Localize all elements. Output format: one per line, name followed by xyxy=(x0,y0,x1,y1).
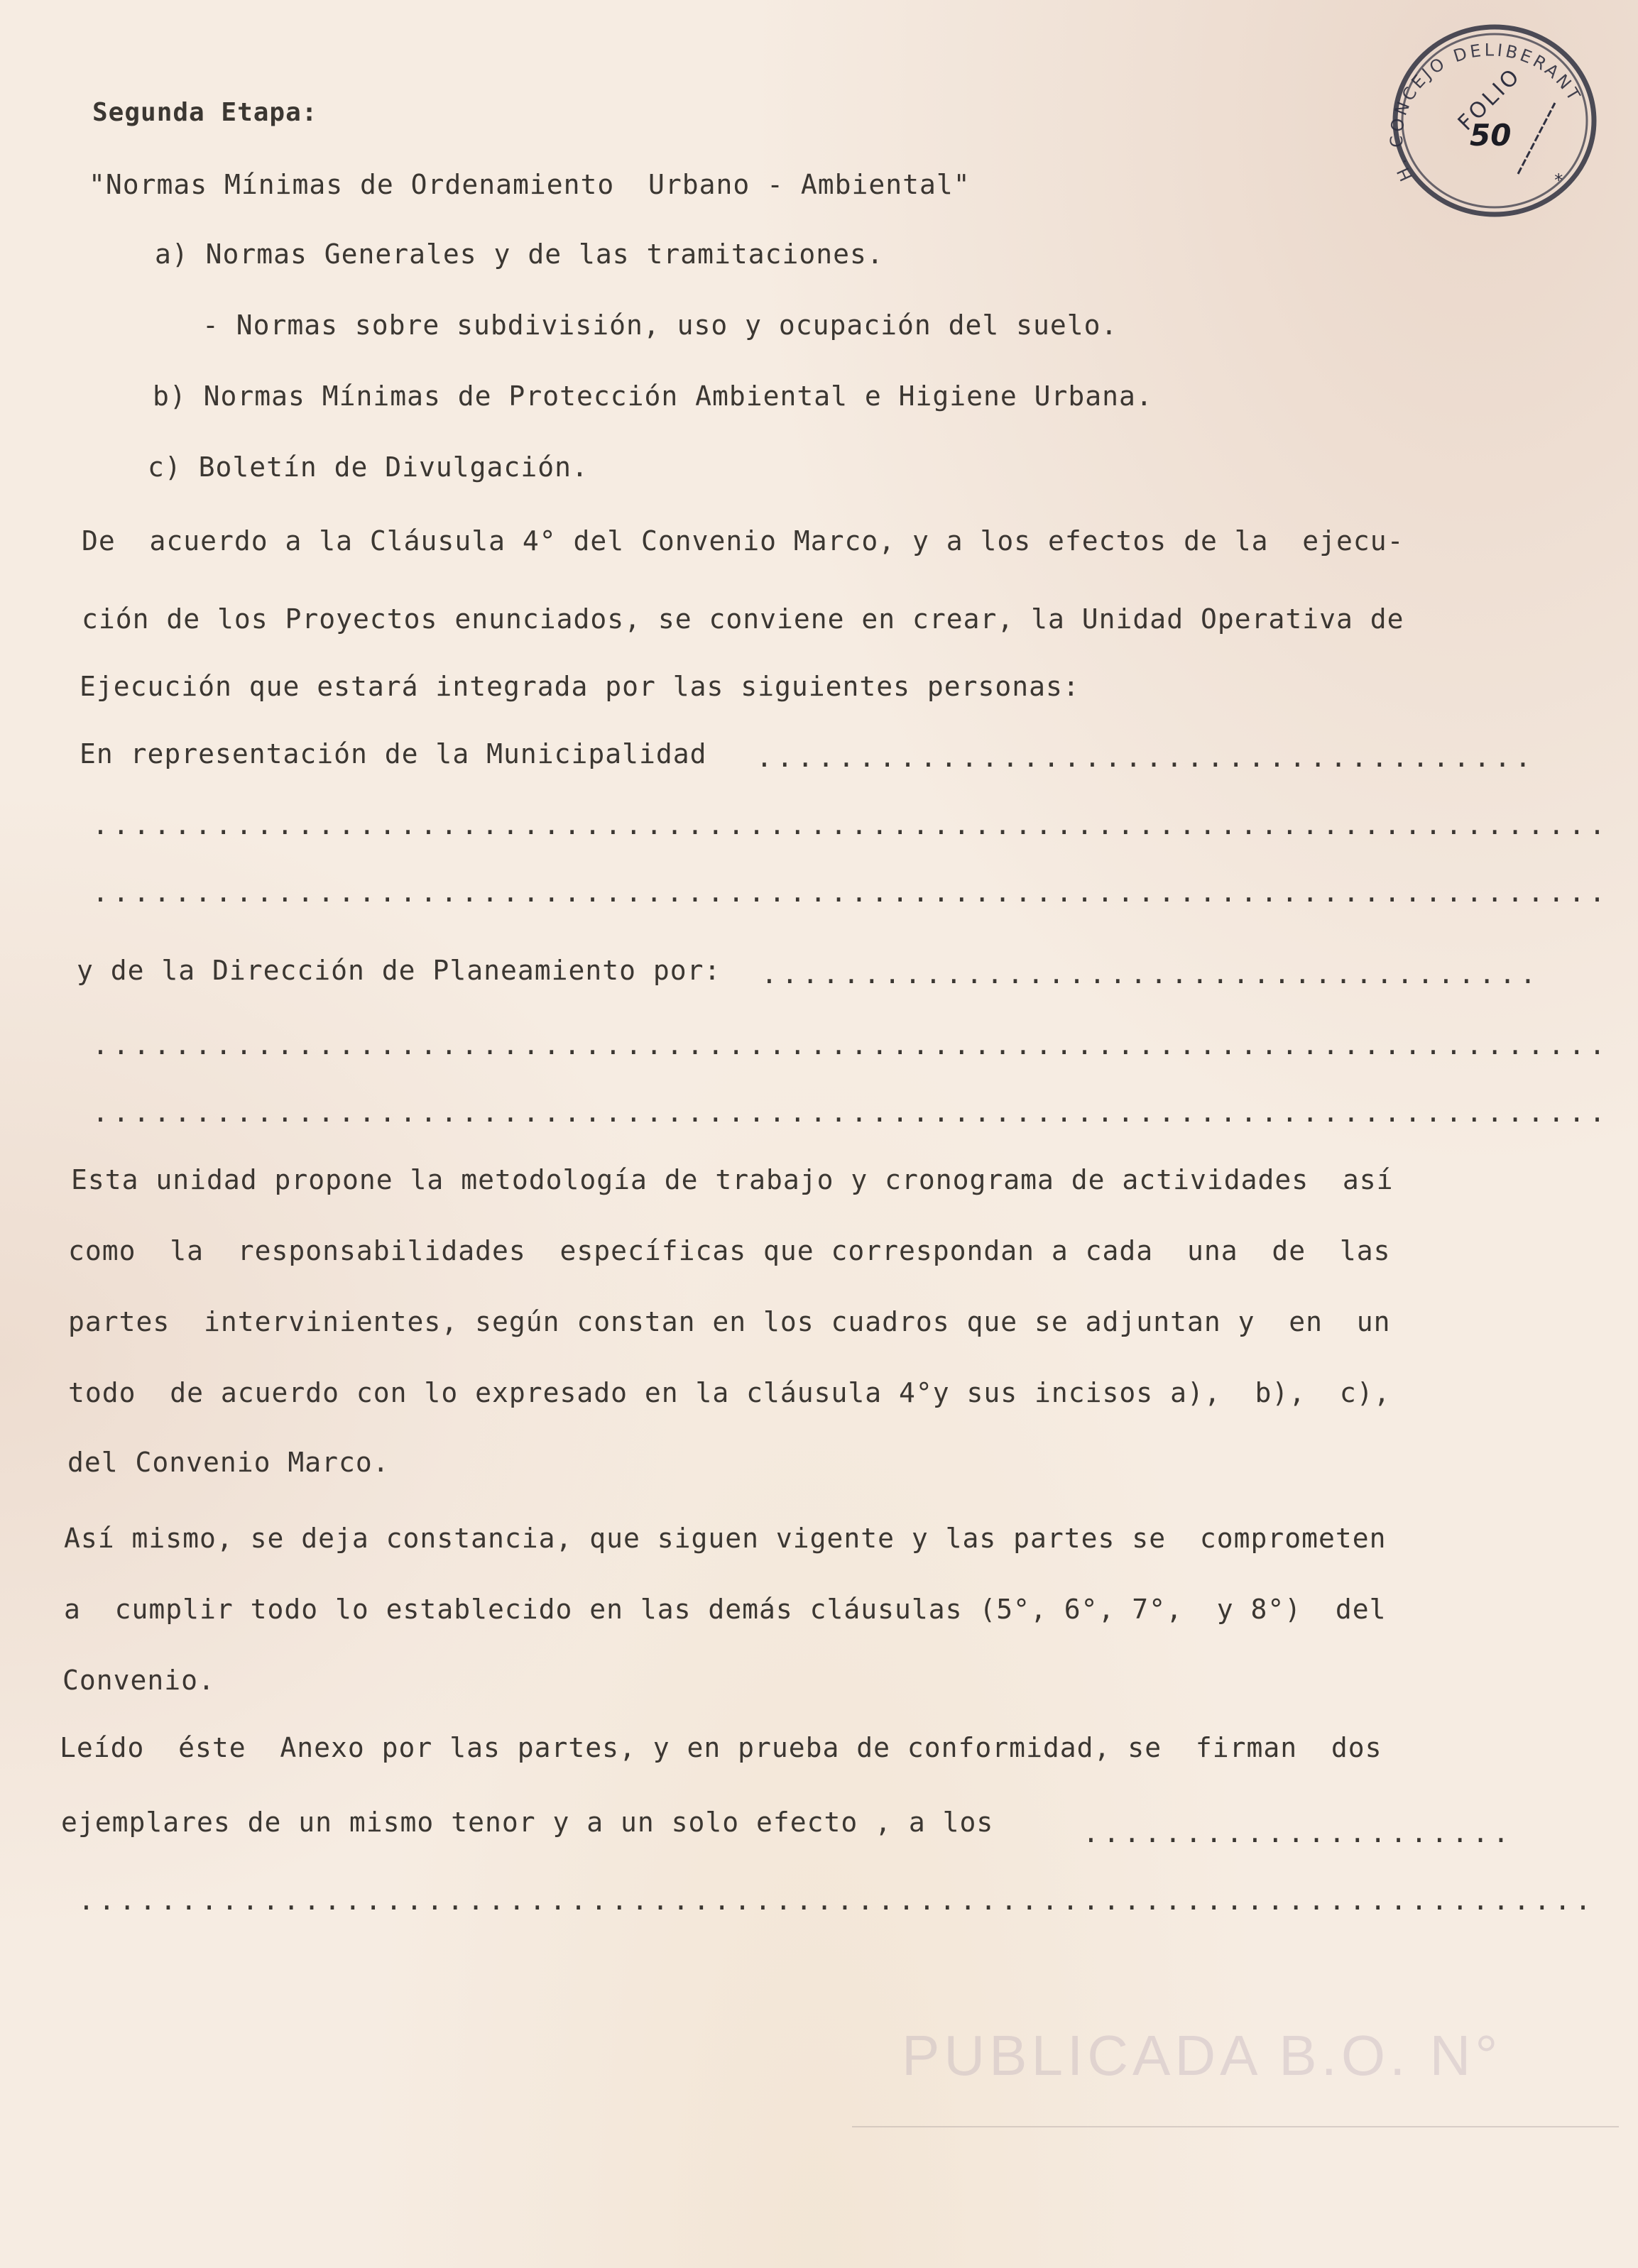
faded-publication-stamp: PUBLICADA B.O. N° xyxy=(902,2023,1502,2088)
paragraph-line: Esta unidad propone la metodología de tr… xyxy=(71,1164,1393,1195)
planeamiento-fill-line[interactable]: ........................................… xyxy=(92,1029,1610,1061)
list-item-a: a) Normas Generales y de las tramitacion… xyxy=(155,239,884,270)
svg-text:50: 50 xyxy=(1470,118,1511,153)
list-item-a-sub: - Normas sobre subdivisión, uso y ocupac… xyxy=(202,309,1118,341)
paragraph-line: De acuerdo a la Cláusula 4° del Convenio… xyxy=(82,525,1404,557)
paragraph-line: del Convenio Marco. xyxy=(67,1447,390,1478)
paragraph-line: todo de acuerdo con lo expresado en la c… xyxy=(68,1377,1390,1408)
planeamiento-fill-field[interactable]: ...................................... xyxy=(761,958,1540,990)
paragraph-line: como la responsabilidades específicas qu… xyxy=(68,1235,1390,1266)
municipalidad-label: En representación de la Municipalidad xyxy=(80,738,706,769)
municipalidad-fill-field[interactable]: ...................................... xyxy=(756,742,1535,773)
date-fill-field[interactable]: ..................... xyxy=(1083,1817,1513,1848)
date-fill-line[interactable]: ........................................… xyxy=(78,1885,1595,1916)
paragraph-line: Así mismo, se deja constancia, que sigue… xyxy=(64,1523,1386,1554)
list-item-b: b) Normas Mínimas de Protección Ambienta… xyxy=(153,380,1153,412)
section-heading: Segunda Etapa: xyxy=(92,98,317,127)
paper-fold-line xyxy=(852,2126,1619,2127)
paragraph-line: a cumplir todo lo establecido en las dem… xyxy=(64,1594,1386,1625)
folio-stamp: H. CONCEJO DELIBERANTE FOLIO 50 * xyxy=(1370,14,1598,220)
paragraph-line: Convenio. xyxy=(62,1665,215,1696)
paragraph-line: Ejecución que estará integrada por las s… xyxy=(80,671,1080,702)
paragraph-line: ción de los Proyectos enunciados, se con… xyxy=(82,603,1404,635)
svg-text:*: * xyxy=(1554,170,1563,190)
seal-icon: H. CONCEJO DELIBERANTE FOLIO 50 * xyxy=(1370,14,1598,220)
planeamiento-label: y de la Dirección de Planeamiento por: xyxy=(77,955,721,986)
document-title: "Normas Mínimas de Ordenamiento Urbano -… xyxy=(89,169,971,200)
paragraph-line: partes intervinientes, según constan en … xyxy=(68,1306,1390,1337)
list-item-c: c) Boletín de Divulgación. xyxy=(148,451,589,483)
municipalidad-fill-line[interactable]: ........................................… xyxy=(92,809,1610,840)
paragraph-line: Leído éste Anexo por las partes, y en pr… xyxy=(60,1732,1382,1763)
planeamiento-fill-line[interactable]: ........................................… xyxy=(92,1097,1610,1128)
municipalidad-fill-line[interactable]: ........................................… xyxy=(92,877,1610,908)
paragraph-line: ejemplares de un mismo tenor y a un solo… xyxy=(61,1807,993,1838)
